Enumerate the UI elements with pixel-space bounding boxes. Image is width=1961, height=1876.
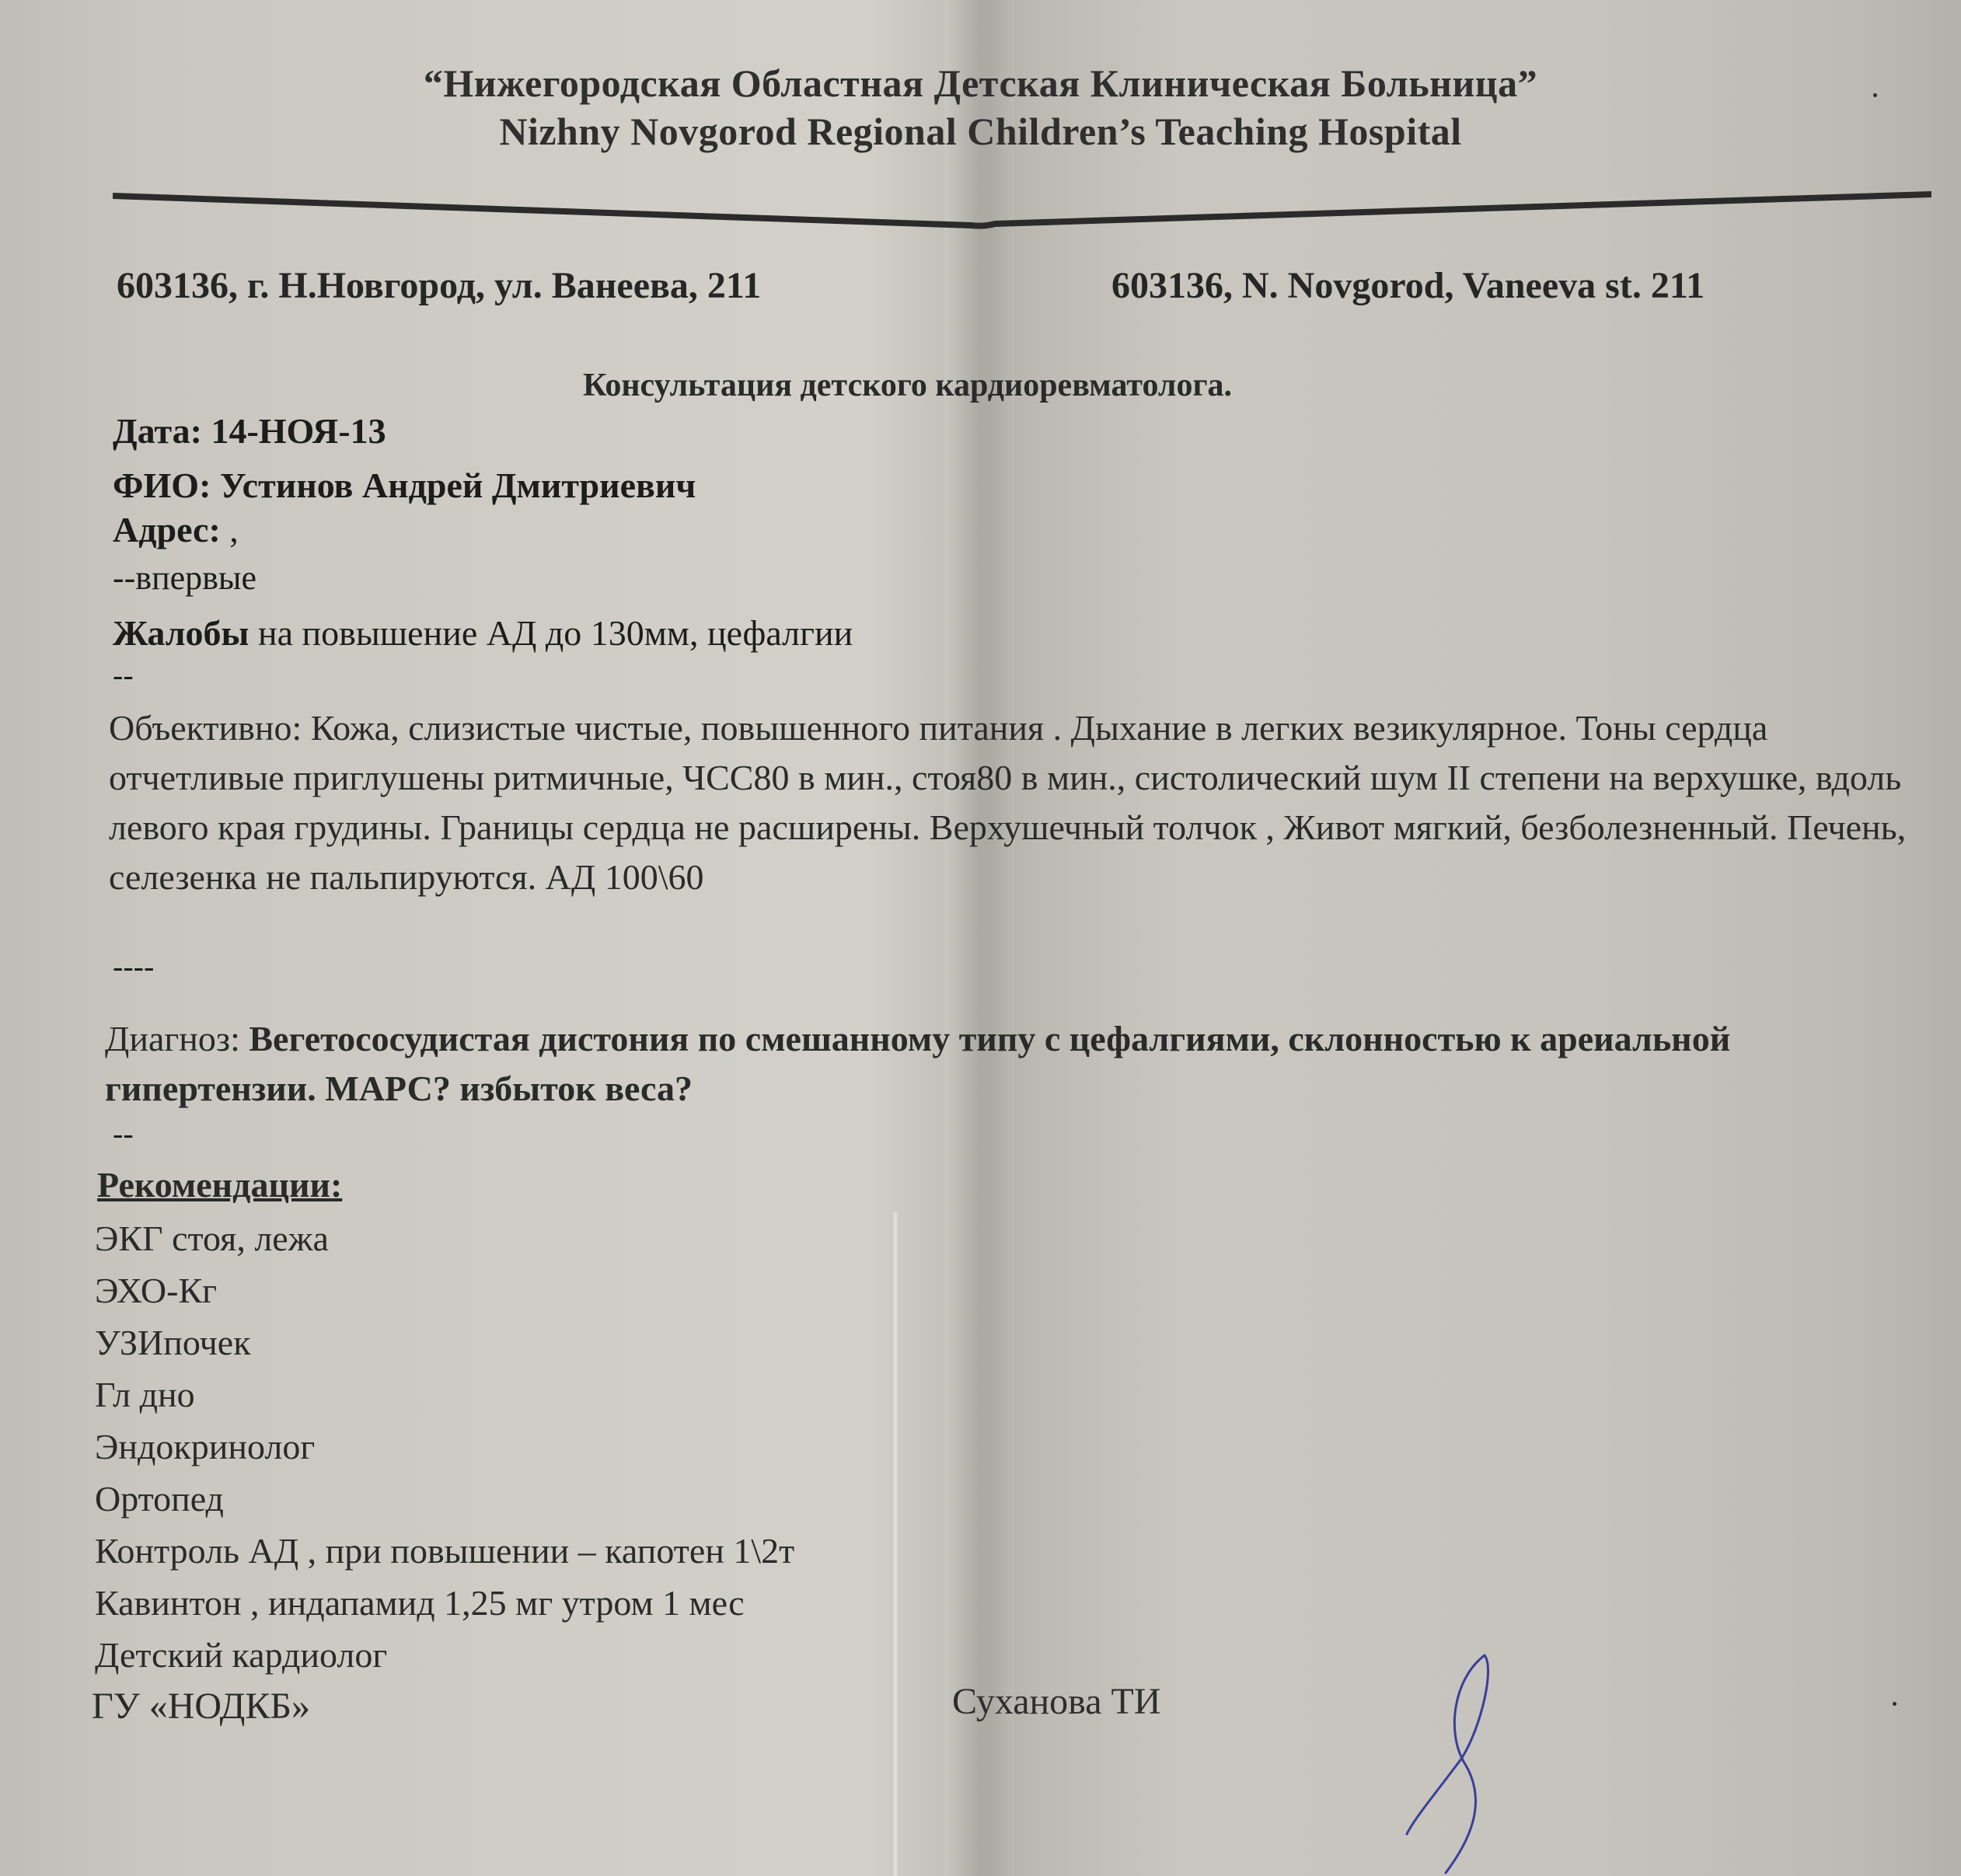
diagnosis-label: Диагноз: [105, 1019, 240, 1058]
handwritten-signature [1360, 1648, 1516, 1876]
objective-findings: Объективно: Кожа, слизистые чистые, повы… [109, 703, 1943, 902]
paper-speck [1893, 1702, 1896, 1706]
fio-value: Устинов Андрей Дмитриевич [220, 466, 696, 505]
recommendations-heading: Рекомендации: [97, 1164, 342, 1205]
complaints-row: Жалобы на повышение АД до 130мм, цефалги… [113, 612, 853, 654]
hospital-name-ru: “Нижегородская Областная Детская Клиниче… [0, 61, 1961, 106]
recommendation-item: ЭХО-Кг [95, 1264, 794, 1316]
date-row: Дата: 14-НОЯ-13 [113, 410, 386, 452]
date-label: Дата: [113, 411, 202, 451]
address-value: , [229, 510, 239, 549]
visit-type: --впервые [113, 558, 256, 598]
address-en: 603136, N. Novgorod, Vaneeva st. 211 [1111, 264, 1705, 307]
signer-name: Суханова ТИ [952, 1680, 1161, 1723]
paper-speck [1873, 93, 1877, 97]
complaints-label: Жалобы [113, 613, 249, 653]
patient-name-row: ФИО: Устинов Андрей Дмитриевич [113, 465, 696, 506]
recommendation-item: Ортопед [95, 1473, 794, 1525]
diagnosis: Диагноз: Вегетососудистая дистония по см… [105, 1014, 1939, 1114]
separator: -- [113, 1115, 134, 1152]
objective-label: Объективно: [109, 708, 302, 748]
recommendation-item: Эндокринолог [95, 1421, 794, 1473]
document-title: Консультация детского кардиоревматолога. [583, 367, 1232, 404]
separator: -- [113, 657, 134, 693]
recommendations-list: ЭКГ стоя, лежа ЭХО-Кг УЗИпочек Гл дно Эн… [95, 1212, 794, 1681]
recommendation-item: ЭКГ стоя, лежа [95, 1212, 794, 1264]
address-label: Адрес: [113, 510, 221, 549]
separator-long: ---- [113, 948, 154, 985]
diagnosis-text: Вегетососудистая дистония по смешанному … [105, 1019, 1730, 1108]
recommendation-item: Гл дно [95, 1369, 794, 1421]
address-ru: 603136, г. Н.Новгород, ул. Ванеева, 211 [117, 264, 761, 307]
medical-consultation-document: “Нижегородская Областная Детская Клиниче… [0, 0, 1961, 1876]
complaints-value: на повышение АД до 130мм, цефалгии [258, 613, 853, 653]
header-divider-line [113, 179, 1931, 233]
patient-address-row: Адрес: , [113, 509, 239, 550]
recommendation-item: УЗИпочек [95, 1316, 794, 1369]
recommendation-item: Контроль АД , при повышении – капотен 1\… [95, 1525, 794, 1577]
hospital-name-en: Nizhny Novgorod Regional Children’s Teac… [0, 109, 1961, 154]
organization-name: ГУ «НОДКБ» [92, 1685, 310, 1728]
fio-label: ФИО: [113, 466, 211, 505]
date-value: 14-НОЯ-13 [211, 411, 386, 451]
objective-text: Кожа, слизистые чистые, повышенного пита… [109, 708, 1906, 897]
recommendation-item: Кавинтон , индапамид 1,25 мг утром 1 мес [95, 1577, 794, 1629]
recommendation-item: Детский кардиолог [95, 1629, 794, 1681]
